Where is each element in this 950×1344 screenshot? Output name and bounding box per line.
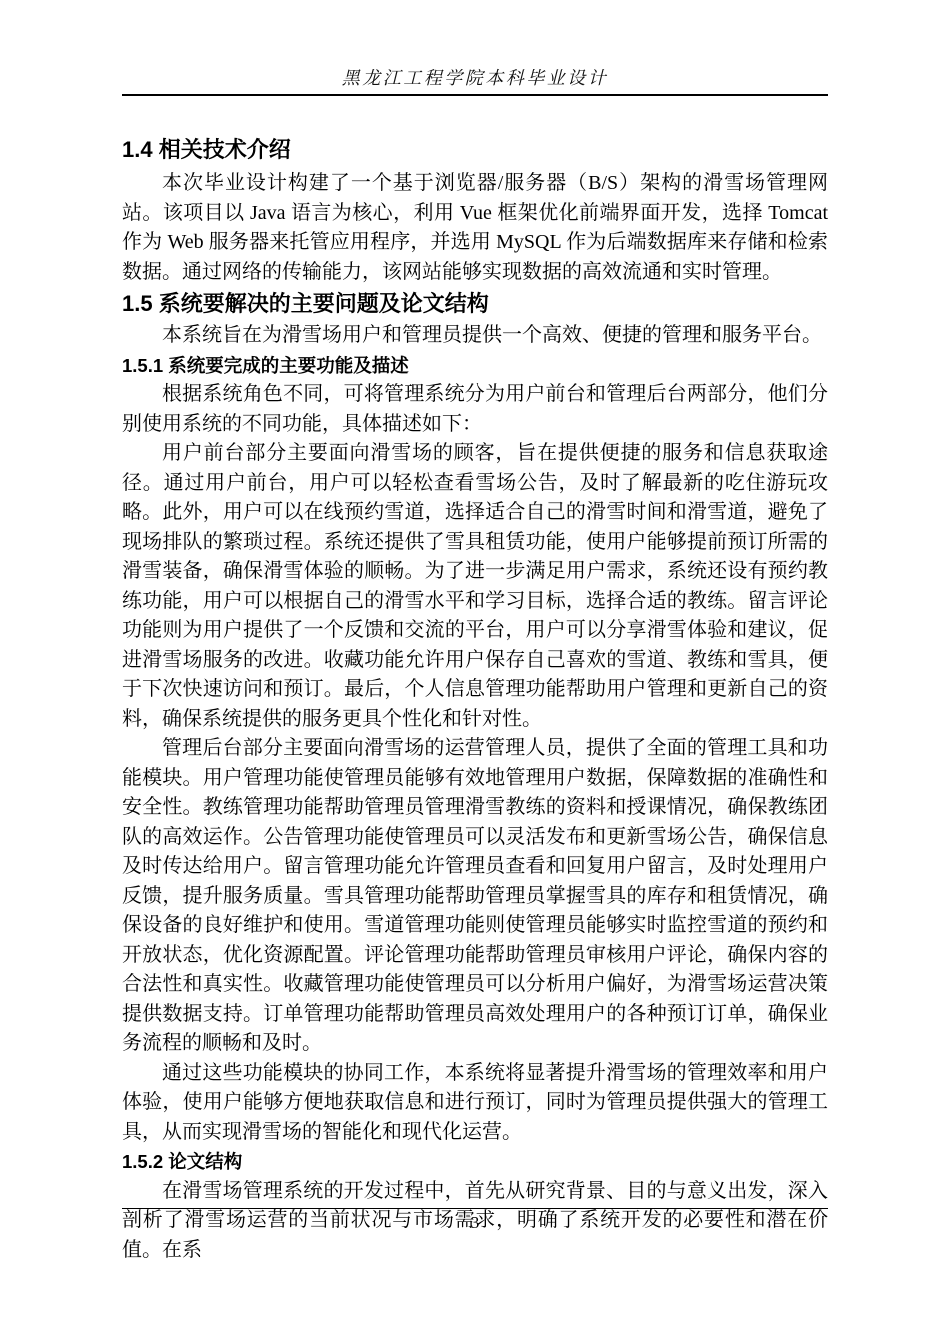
- page-header: 黑龙江工程学院本科毕业设计: [122, 0, 828, 96]
- page-number: 3: [122, 1209, 828, 1235]
- paragraph-roles: 根据系统角色不同，可将管理系统分为用户前台和管理后台两部分，他们分别使用系统的不…: [122, 380, 828, 439]
- running-head-title: 黑龙江工程学院本科毕业设计: [342, 64, 609, 94]
- page-body: 1.4 相关技术介绍 本次毕业设计构建了一个基于浏览器/服务器（B/S）架构的滑…: [122, 135, 828, 1265]
- heading-1-4: 1.4 相关技术介绍: [122, 135, 828, 165]
- page-footer: 3: [122, 1208, 828, 1235]
- heading-1-5: 1.5 系统要解决的主要问题及论文结构: [122, 289, 828, 319]
- document-page: 黑龙江工程学院本科毕业设计 1.4 相关技术介绍 本次毕业设计构建了一个基于浏览…: [0, 0, 950, 1344]
- heading-1-5-1: 1.5.1 系统要完成的主要功能及描述: [122, 351, 828, 381]
- paragraph-user-frontend: 用户前台部分主要面向滑雪场的顾客，旨在提供便捷的服务和信息获取途径。通过用户前台…: [122, 439, 828, 734]
- paragraph-modules-summary: 通过这些功能模块的协同工作，本系统将显著提升滑雪场的管理效率和用户体验，使用户能…: [122, 1059, 828, 1148]
- paragraph-technology-intro: 本次毕业设计构建了一个基于浏览器/服务器（B/S）架构的滑雪场管理网站。该项目以…: [122, 169, 828, 287]
- paragraph-system-goal: 本系统旨在为滑雪场用户和管理员提供一个高效、便捷的管理和服务平台。: [122, 321, 828, 351]
- heading-1-5-2: 1.5.2 论文结构: [122, 1147, 828, 1177]
- paragraph-admin-backend: 管理后台部分主要面向滑雪场的运营管理人员，提供了全面的管理工具和功能模块。用户管…: [122, 734, 828, 1059]
